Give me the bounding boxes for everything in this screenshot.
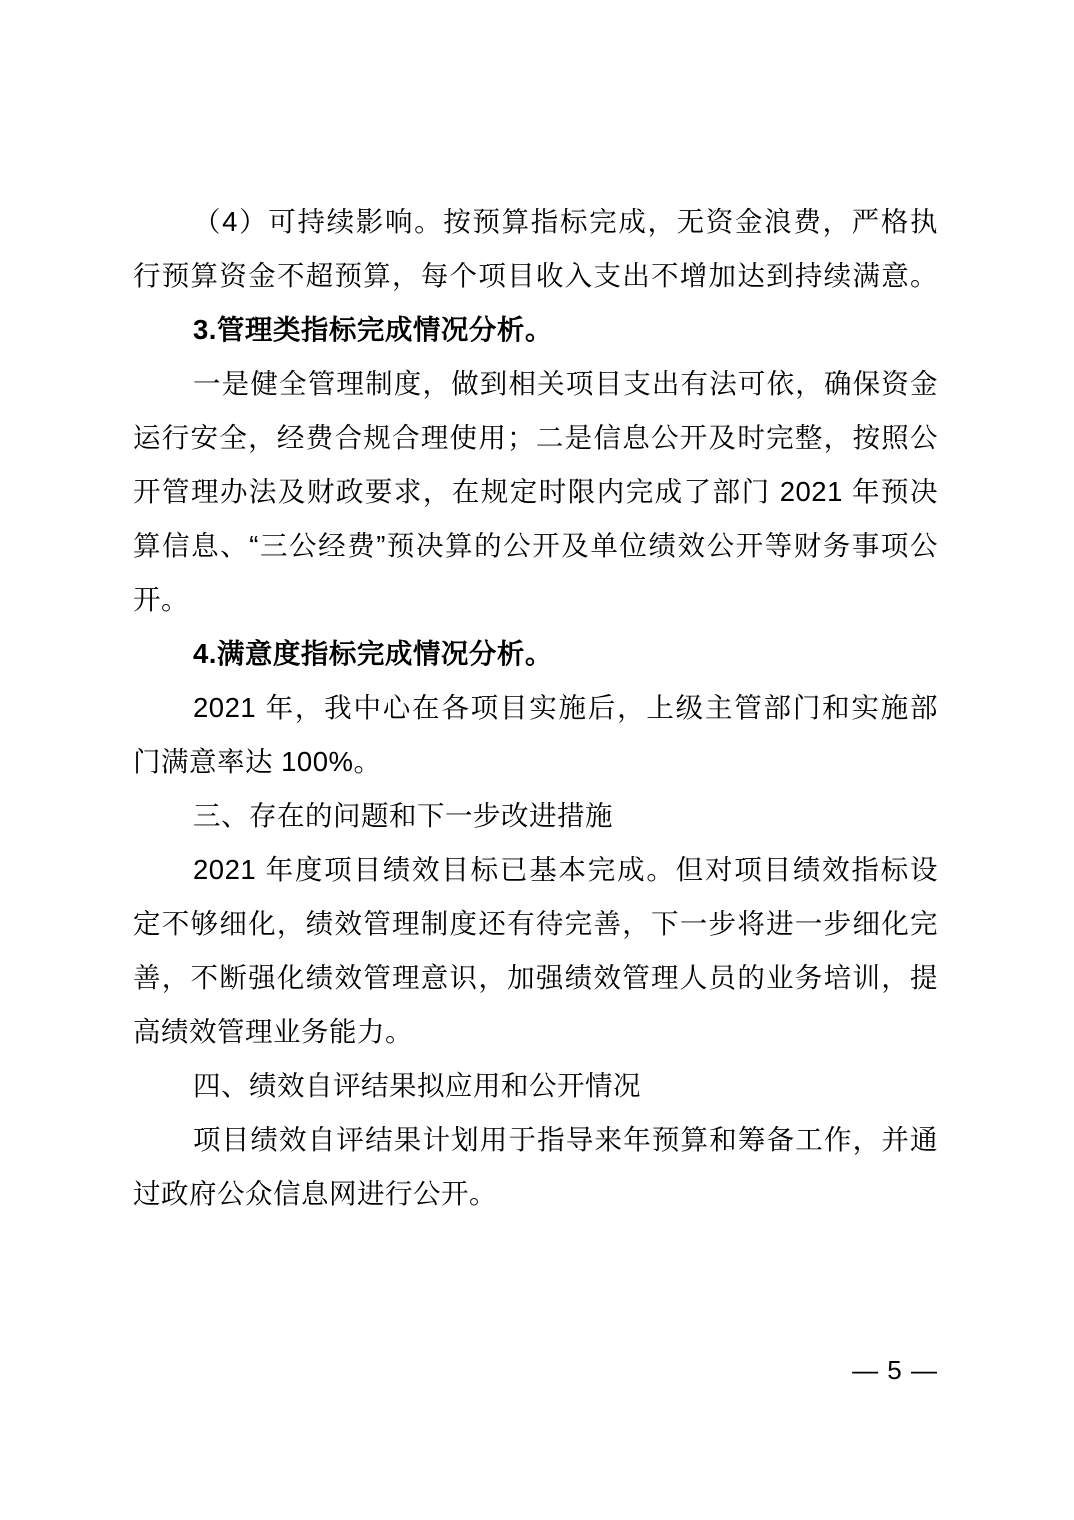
page-number: — 5 — <box>133 1350 938 1390</box>
body-line: 一是健全管理制度，做到相关项目支出有法可依，确保资金 <box>133 357 938 411</box>
heading-section-four: 四、绩效自评结果拟应用和公开情况 <box>133 1059 938 1113</box>
body-line: 善，不断强化绩效管理意识，加强绩效管理人员的业务培训，提 <box>133 951 938 1005</box>
body-line: 2021 年，我中心在各项目实施后，上级主管部门和实施部 <box>133 681 938 735</box>
body-line: 定不够细化，绩效管理制度还有待完善，下一步将进一步细化完 <box>133 897 938 951</box>
document-page: （4）可持续影响。按预算指标完成，无资金浪费，严格执 行预算资金不超预算，每个项… <box>0 0 1074 1520</box>
body-line: 开。 <box>133 573 938 627</box>
body-line: 算信息、“三公经费”预决算的公开及单位绩效公开等财务事项公 <box>133 519 938 573</box>
body-line: 开管理办法及财政要求，在规定时限内完成了部门 2021 年预决 <box>133 465 938 519</box>
heading-3-management-indicators: 3.管理类指标完成情况分析。 <box>133 303 938 357</box>
body-line: 高绩效管理业务能力。 <box>133 1005 938 1059</box>
body-line: 行预算资金不超预算，每个项目收入支出不增加达到持续满意。 <box>133 249 938 303</box>
text-block: （4）可持续影响。按预算指标完成，无资金浪费，严格执 行预算资金不超预算，每个项… <box>133 195 938 1221</box>
body-line: 门满意率达 100%。 <box>133 735 938 789</box>
body-line: 运行安全，经费合规合理使用；二是信息公开及时完整，按照公 <box>133 411 938 465</box>
body-line: 过政府公众信息网进行公开。 <box>133 1167 938 1221</box>
body-line: （4）可持续影响。按预算指标完成，无资金浪费，严格执 <box>133 195 938 249</box>
heading-4-satisfaction-indicators: 4.满意度指标完成情况分析。 <box>133 627 938 681</box>
body-line: 项目绩效自评结果计划用于指导来年预算和筹备工作，并通 <box>133 1113 938 1167</box>
body-line: 2021 年度项目绩效目标已基本完成。但对项目绩效指标设 <box>133 843 938 897</box>
heading-section-three: 三、存在的问题和下一步改进措施 <box>133 789 938 843</box>
